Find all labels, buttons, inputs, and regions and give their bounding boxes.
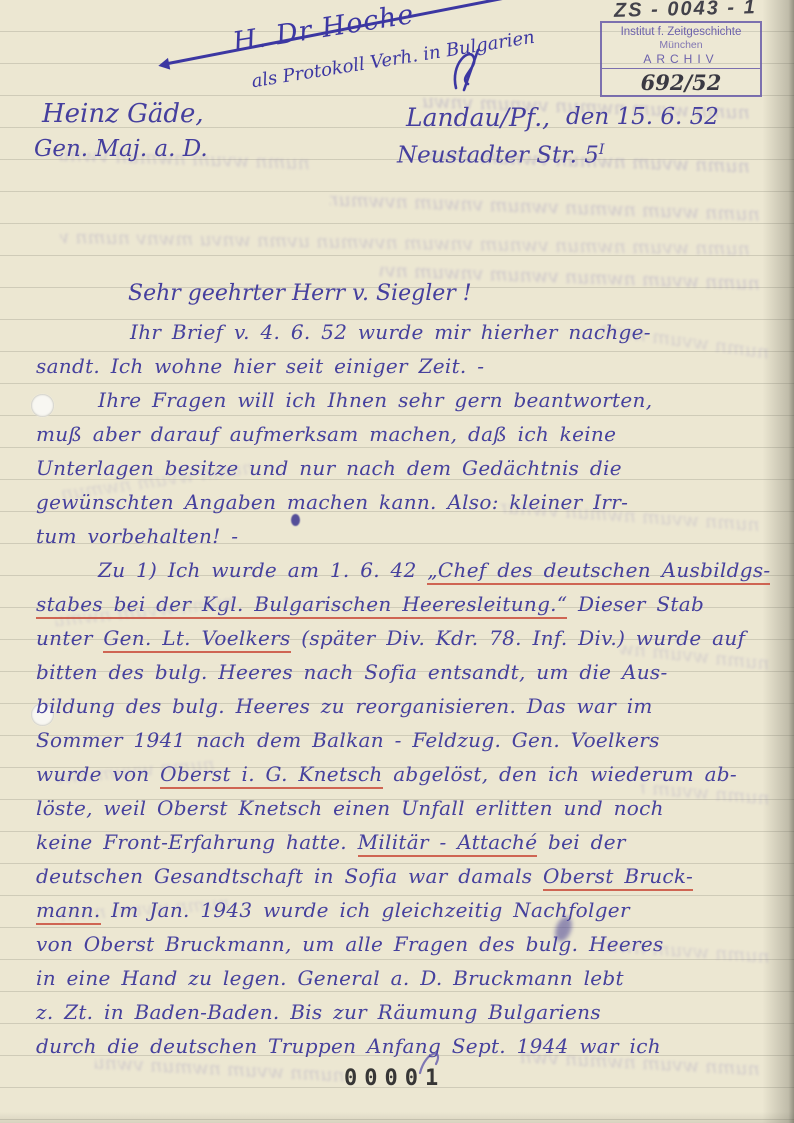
- body-text: Im Jan. 1943 wurde ich gleichzeitig Nach…: [101, 898, 630, 922]
- body-text: z. Zt. in Baden-Baden. Bis zur Räumung B…: [36, 1000, 601, 1024]
- body-line: Ihre Fragen will ich Ihnen sehr gern bea…: [36, 383, 776, 417]
- body-text: deutschen Gesandtschaft in Sofia war dam…: [36, 864, 543, 888]
- body-text: durch die deutschen Truppen Anfang Sept.…: [36, 1034, 661, 1058]
- body-text: muß aber darauf aufmerksam machen, daß i…: [36, 422, 616, 446]
- body-line: z. Zt. in Baden-Baden. Bis zur Räumung B…: [36, 995, 776, 1029]
- body-text: in eine Hand zu legen. General a. D. Bru…: [36, 966, 624, 990]
- body-line: keine Front-Erfahrung hatte. Militär - A…: [36, 825, 776, 859]
- body-text: unter: [36, 626, 103, 650]
- body-line: bildung des bulg. Heeres zu reorganisier…: [36, 689, 776, 723]
- salutation: Sehr geehrter Herr v. Siegler !: [128, 281, 472, 306]
- body-text: sandt. Ich wohne hier seit einiger Zeit.…: [36, 354, 484, 378]
- body-line: tum vorbehalten! -: [36, 519, 776, 553]
- page-number-stamp: 00001: [344, 1066, 445, 1091]
- body-text: abgelöst, den ich wiederum ab-: [383, 762, 737, 786]
- body-text: bei der: [537, 830, 625, 854]
- body-text: gewünschten Angaben machen kann. Also: k…: [36, 490, 628, 514]
- red-underlined-text: Oberst i. G. Knetsch: [160, 762, 382, 789]
- sender-name: Heinz Gäde,: [42, 99, 204, 129]
- sender-rank: Gen. Maj. a. D.: [34, 136, 208, 162]
- body-line: deutschen Gesandtschaft in Sofia war dam…: [36, 859, 776, 893]
- body-line: stabes bei der Kgl. Bulgarischen Heeresl…: [36, 587, 776, 621]
- letter-place: Landau/Pf.,: [406, 103, 550, 132]
- red-underlined-text: Gen. Lt. Voelkers: [103, 626, 290, 653]
- ink-blot: [291, 514, 300, 526]
- body-line: Unterlagen besitze und nur nach dem Gedä…: [36, 451, 776, 485]
- body-text: Dieser Stab: [567, 592, 704, 616]
- red-underlined-text: „Chef des deutschen Ausbildgs-: [427, 558, 770, 585]
- body-line: Sommer 1941 nach dem Balkan - Feldzug. G…: [36, 723, 776, 757]
- letter-street: Neustadter Str. 5I: [397, 142, 604, 169]
- body-line: Ihr Brief v. 4. 6. 52 wurde mir hierher …: [36, 315, 776, 349]
- bleedthrough-line: numn wvum nwmun vwnum vnwum nvwmun uvmn …: [330, 189, 761, 226]
- archive-stamp: Institut f. Zeitgeschichte München ARCHI…: [600, 21, 762, 97]
- body-line: löste, weil Oberst Knetsch einen Unfall …: [36, 791, 776, 825]
- body-line: sandt. Ich wohne hier seit einiger Zeit.…: [36, 349, 776, 383]
- body-line: unter Gen. Lt. Voelkers (später Div. Kdr…: [36, 621, 776, 655]
- body-text: von Oberst Bruckmann, um alle Fragen des…: [36, 932, 664, 956]
- red-underlined-text: stabes bei der Kgl. Bulgarischen Heeresl…: [36, 592, 567, 619]
- body-line: mann. Im Jan. 1943 wurde ich gleichzeiti…: [36, 893, 776, 927]
- body-text: Ihr Brief v. 4. 6. 52 wurde mir hierher …: [130, 320, 651, 344]
- body-text: (später Div. Kdr. 78. Inf. Div.) wurde a…: [291, 626, 746, 650]
- body-text: Unterlagen besitze und nur nach dem Gedä…: [36, 456, 622, 480]
- street-text: Neustadter Str. 5: [397, 143, 599, 169]
- body-line: durch die deutschen Truppen Anfang Sept.…: [36, 1029, 776, 1063]
- body-text: Zu 1) Ich wurde am 1. 6. 42: [98, 558, 427, 582]
- letter-body: Ihr Brief v. 4. 6. 52 wurde mir hierher …: [36, 315, 776, 1063]
- body-line: gewünschten Angaben machen kann. Also: k…: [36, 485, 776, 519]
- body-line: in eine Hand zu legen. General a. D. Bru…: [36, 961, 776, 995]
- red-underlined-text: Oberst Bruck-: [543, 864, 693, 891]
- body-line: muß aber darauf aufmerksam machen, daß i…: [36, 417, 776, 451]
- stamp-file-number: 692/52: [602, 68, 760, 95]
- body-text: bitten des bulg. Heeres nach Sofia entsa…: [36, 660, 668, 684]
- body-text: keine Front-Erfahrung hatte.: [36, 830, 358, 854]
- body-text: löste, weil Oberst Knetsch einen Unfall …: [36, 796, 664, 820]
- document-page: numn wvum nwmun vwnum vnwum nvwmun uvmn …: [0, 0, 794, 1123]
- archive-file-number: ZS - 0043 - 1: [614, 0, 757, 23]
- stamp-institute-line: Institut f. Zeitgeschichte: [602, 26, 760, 38]
- body-text: wurde von: [36, 762, 160, 786]
- red-underlined-text: mann.: [36, 898, 101, 925]
- stamp-city-line: München: [602, 39, 760, 51]
- body-text: tum vorbehalten! -: [36, 524, 238, 548]
- stamp-archiv-line: ARCHIV: [602, 52, 760, 66]
- body-line: wurde von Oberst i. G. Knetsch abgelöst,…: [36, 757, 776, 791]
- bleedthrough-line: numn wvum nwmun vwnum vnwum nvwmun uvmn …: [60, 226, 750, 260]
- body-line: von Oberst Bruckmann, um alle Fragen des…: [36, 927, 776, 961]
- street-floor-sup: I: [599, 142, 605, 158]
- letter-date: den 15. 6. 52: [566, 104, 719, 130]
- body-line: Zu 1) Ich wurde am 1. 6. 42 „Chef des de…: [36, 553, 776, 587]
- initials-scribble: [448, 44, 490, 92]
- red-underlined-text: Militär - Attaché: [358, 830, 538, 857]
- body-text: Ihre Fragen will ich Ihnen sehr gern bea…: [98, 388, 652, 412]
- body-text: bildung des bulg. Heeres zu reorganisier…: [36, 694, 653, 718]
- body-text: Sommer 1941 nach dem Balkan - Feldzug. G…: [36, 728, 660, 752]
- body-line: bitten des bulg. Heeres nach Sofia entsa…: [36, 655, 776, 689]
